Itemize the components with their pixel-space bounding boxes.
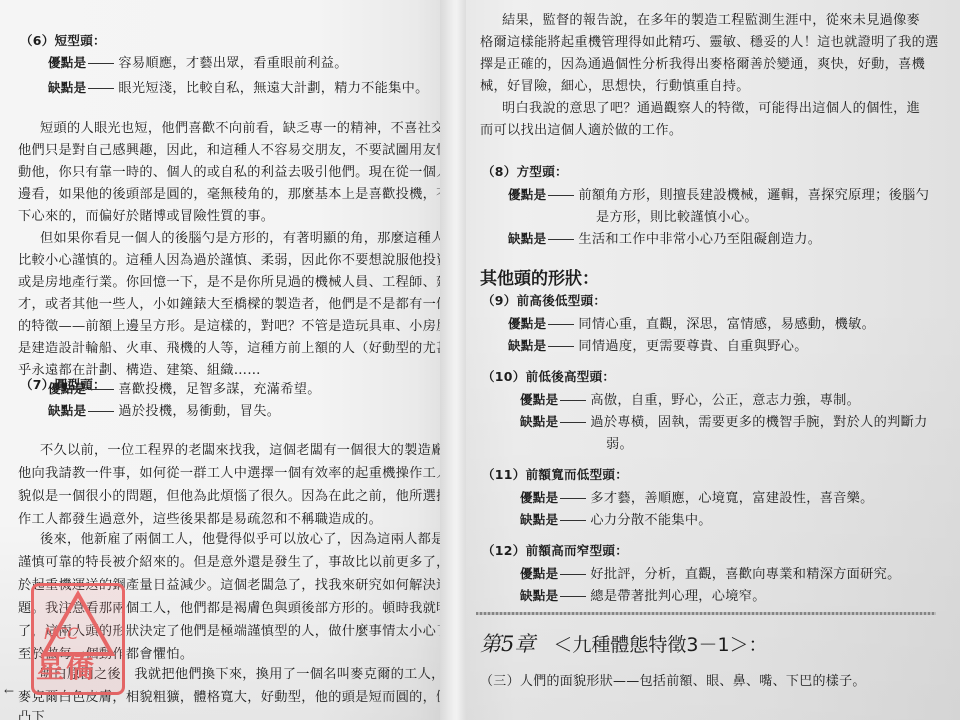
- em-dash: [88, 88, 114, 89]
- paragraph-line: 才，或者其他一些人，小如鐘錶大至橋樑的製造者，他們是不是都有一個共同: [18, 293, 452, 312]
- em-dash: [560, 422, 586, 423]
- chapter-number: 第5章: [480, 632, 535, 656]
- section-10-pros: 優點是高傲，自重，野心，公正，意志力強，專制。: [520, 389, 860, 408]
- em-dash: [548, 324, 574, 325]
- paragraph-line: 是建造設計輪船、火車、飛機的人等，這種方前上額的人（好動型的尤甚）似: [18, 337, 452, 356]
- section-6-cons: 缺點是眼光短淺，比較自私，無遠大計劃，精力不能集中。: [48, 77, 429, 96]
- section-7-pros: 優點是喜歡投機，足智多謀，充滿希望。: [48, 378, 321, 397]
- paragraph-line: 而可以找出這個人適於做的工作。: [480, 119, 682, 138]
- chapter-title: ＜九種體態特徵3－1＞：: [553, 634, 767, 656]
- paragraph-line: 比較小心謹慎的。這種人因為過於謹慎、柔弱，因此你不要想說服他投資股票: [18, 249, 452, 268]
- chapter-heading: 第5章＜九種體態特徵3－1＞：: [480, 628, 768, 658]
- em-dash: [88, 63, 114, 64]
- pros-label: 優點是: [520, 490, 558, 505]
- watermark-latin: NCC: [44, 624, 78, 643]
- cons-label: 缺點是: [520, 414, 558, 429]
- paragraph-line: 他們只是對自己感興趣，因此，和這種人不容易交朋友，不要試圖用友情去打: [18, 139, 452, 158]
- paragraph-line: 或是房地產行業。你回憶一下，是不是你所見過的機械人員、工程師、建築天: [18, 271, 452, 290]
- pros-label: 優點是: [508, 187, 546, 202]
- em-dash: [88, 411, 114, 412]
- paragraph-line: 邊看，如果他的後頭部是圓的，毫無稜角的，那麼基本上是喜歡投機，不能靜: [18, 183, 452, 202]
- cons-text: 過於專橫，固執，需要更多的機智手腕，對於人的判斷力: [590, 415, 927, 430]
- arrow-left-icon: ←: [4, 684, 14, 698]
- pros-label: 優點是: [48, 381, 86, 396]
- paragraph-line: 的特徵——前額上邊呈方形。是這樣的，對吧？不管是造玩具車、小房屋，還: [18, 315, 452, 334]
- paragraph-line: 明白我說的意思了吧？通過觀察人的特徵，可能得出這個人的個性，進: [502, 97, 920, 116]
- cons-label: 缺點是: [508, 231, 546, 246]
- em-dash: [548, 195, 574, 196]
- paragraph-line: 但如果你看見一個人的後腦勺是方形的，有著明顯的角，那麼這種人是: [40, 227, 452, 246]
- other-shapes-title: 其他頭的形狀：: [480, 264, 599, 289]
- cons-text: 同情過度，更需要尊貴、自重與野心。: [578, 339, 807, 354]
- em-dash: [88, 389, 114, 390]
- cons-text: 生活和工作中非常小心乃至阻礙創造力。: [578, 232, 821, 247]
- right-page: 結果，監督的報告說，在多年的製造工程監測生涯中，從來未見過像麥 格爾這樣能將起重…: [466, 0, 960, 720]
- section-9-pros: 優點是同情心重，直觀，深思，富情感，易感動，機敏。: [508, 313, 875, 332]
- cons-text: 過於投機，易衝動，冒失。: [118, 404, 280, 419]
- cons-label: 缺點是: [520, 588, 558, 603]
- watermark-stamp: NCC 星僑: [31, 583, 125, 695]
- paragraph-line: 擇是正確的，因為通過個性分析我得出麥格爾善於變通，爽快，好動，喜機: [480, 53, 925, 72]
- em-dash: [560, 596, 586, 597]
- section-11-cons: 缺點是心力分散不能集中。: [520, 509, 712, 528]
- cons-label: 缺點是: [520, 512, 558, 527]
- pros-text: 前額角方形，則擅長建設機械，邏輯，喜探究原理；後腦勺: [578, 188, 929, 203]
- section-10-cons-continued: 弱。: [606, 433, 633, 452]
- section-8-heading: （8）方型頭：: [482, 162, 568, 180]
- section-11-heading: （11）前額寬而低型頭：: [482, 465, 628, 483]
- pros-text: 喜歡投機，足智多謀，充滿希望。: [118, 382, 320, 397]
- section-8-pros: 優點是前額角方形，則擅長建設機械，邏輯，喜探究原理；後腦勺: [508, 184, 929, 203]
- section-12-pros: 優點是好批評，分析，直觀，喜歡向專業和精深方面研究。: [520, 563, 901, 582]
- left-page: （6）短型頭： 優點是容易順應，才藝出眾，看重眼前利益。 缺點是眼光短淺，比較自…: [0, 0, 452, 720]
- em-dash: [560, 520, 586, 521]
- section-8-cons: 缺點是生活和工作中非常小心乃至阻礙創造力。: [508, 228, 821, 247]
- pros-text: 多才藝，善順應，心境寬，富建設性，喜音樂。: [590, 491, 873, 506]
- watermark-chinese: 星僑: [36, 646, 96, 686]
- pros-label: 優點是: [520, 566, 558, 581]
- pros-text: 高傲，自重，野心，公正，意志力強，專制。: [590, 393, 860, 408]
- section-11-pros: 優點是多才藝，善順應，心境寬，富建設性，喜音樂。: [520, 487, 874, 506]
- paragraph-line: 結果，監督的報告說，在多年的製造工程監測生涯中，從來未見過像麥: [502, 9, 920, 28]
- paragraph-line: 謹慎可靠的特長被介紹來的。但是意外還是發生了，事故比以前更多了，以至: [18, 551, 452, 570]
- paragraph-line: 下心來的，而偏好於賭博或冒險性質的事。: [18, 205, 274, 224]
- cons-label: 缺點是: [508, 338, 546, 353]
- em-dash: [560, 498, 586, 499]
- pros-label: 優點是: [48, 55, 86, 70]
- section-8-pros-continued: 是方形，則比較謹慎小心。: [596, 206, 758, 225]
- paragraph-line: 凸下: [18, 706, 45, 720]
- section-9-cons: 缺點是同情過度，更需要尊貴、自重與野心。: [508, 335, 808, 354]
- paragraph-line: 格爾這樣能將起重機管理得如此精巧、靈敏、穩妥的人！這也就證明了我的選: [480, 31, 939, 50]
- pros-text: 同情心重，直觀，深思，富情感，易感動，機敏。: [578, 317, 875, 332]
- cons-text: 總是帶著批判心理，心境窄。: [590, 589, 765, 604]
- section-10-cons: 缺點是過於專橫，固執，需要更多的機智手腕，對於人的判斷力: [520, 411, 928, 430]
- em-dash: [560, 400, 586, 401]
- paragraph-line: 他向我請教一件事，如何從一群工人中選擇一個有效率的起重機操作工人，這: [18, 462, 452, 481]
- section-9-heading: （9）前高後低型頭：: [482, 291, 606, 309]
- pros-text: 好批評，分析，直觀，喜歡向專業和精深方面研究。: [590, 567, 900, 582]
- cons-text: 眼光短淺，比較自私，無遠大計劃，精力不能集中。: [118, 81, 428, 96]
- pros-text: 容易順應，才藝出眾，看重眼前利益。: [118, 56, 347, 71]
- paragraph-line: 貌似是一個很小的問題，但他為此煩惱了很久。因為在此之前，他所選擇的操: [18, 485, 452, 504]
- em-dash: [548, 239, 574, 240]
- paragraph-line: 不久以前，一位工程界的老闆來找我，這個老闆有一個很大的製造廠，: [40, 439, 452, 458]
- section-6-pros: 優點是容易順應，才藝出眾，看重眼前利益。: [48, 52, 348, 71]
- section-6-heading: （6）短型頭：: [20, 31, 106, 49]
- paragraph-line: 作工人都發生過意外，這些後果都是易疏忽和不稱職造成的。: [18, 508, 382, 527]
- pros-label: 優點是: [508, 316, 546, 331]
- paragraph-line: 動他，你只有靠一時的、個人的或自私的利益去吸引他們。現在從一個人的後: [18, 161, 452, 180]
- section-7-cons: 缺點是過於投機，易衝動，冒失。: [48, 400, 280, 419]
- em-dash: [548, 346, 574, 347]
- section-divider: [476, 612, 936, 615]
- cons-text: 心力分散不能集中。: [590, 513, 711, 528]
- section-12-cons: 缺點是總是帶著批判心理，心境窄。: [520, 585, 766, 604]
- paragraph-line: 械，好冒險，細心，思想快，行動慎重自持。: [480, 75, 750, 94]
- cons-label: 缺點是: [48, 80, 86, 95]
- paragraph-line: 後來，他新雇了兩個工人，他覺得似乎可以放心了，因為這兩人都是以: [40, 528, 452, 547]
- pros-label: 優點是: [520, 392, 558, 407]
- subsection-heading: （三）人們的面貌形狀——包括前額、眼、鼻、嘴、下巴的樣子。: [480, 670, 866, 689]
- paragraph-line: 短頭的人眼光也短，他們喜歡不向前看，缺乏專一的精神，不喜社交，: [40, 117, 452, 136]
- section-10-heading: （10）前低後高型頭：: [482, 367, 615, 385]
- section-12-heading: （12）前額高而窄型頭：: [482, 541, 628, 559]
- em-dash: [560, 574, 586, 575]
- cons-label: 缺點是: [48, 403, 86, 418]
